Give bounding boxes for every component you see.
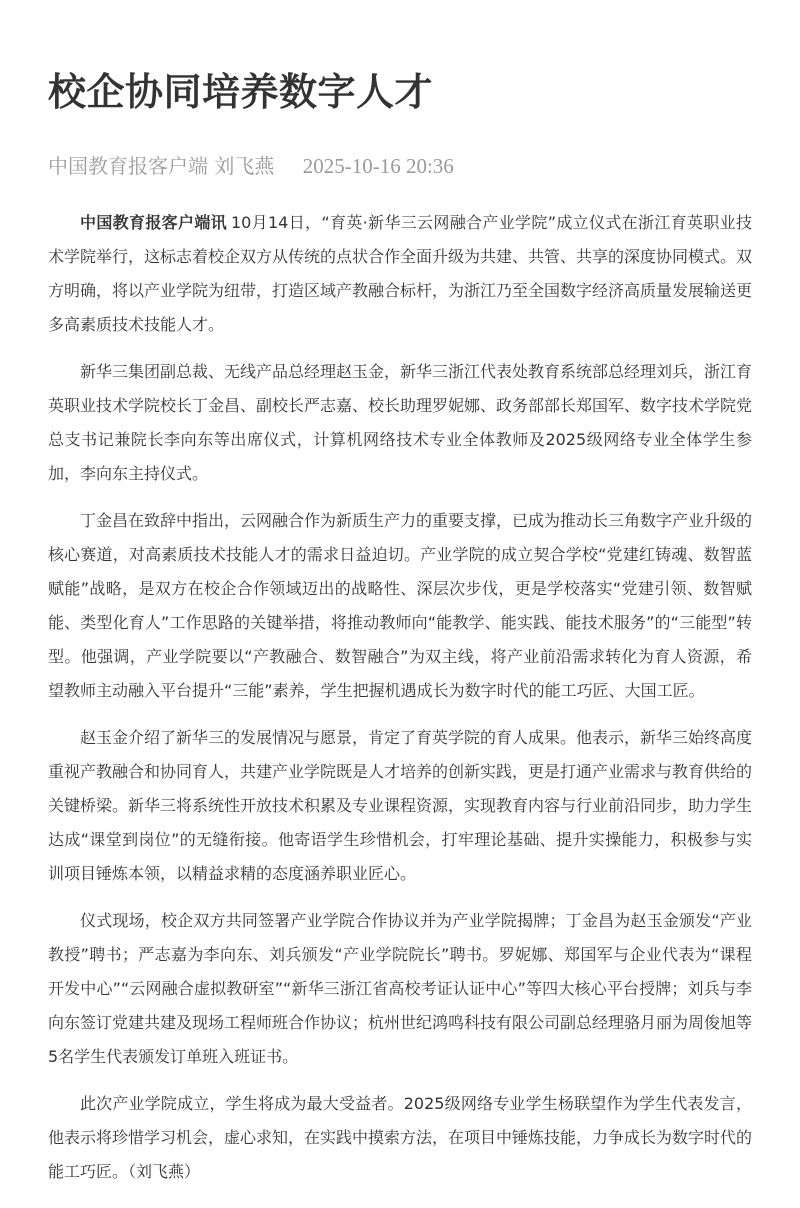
paragraph-3: 丁金昌在致辞中指出，云网融合作为新质生产力的重要支撑，已成为推动长三角数字产业升…	[48, 504, 752, 708]
paragraph-5: 仪式现场，校企双方共同签署产业学院合作协议并为产业学院揭牌；丁金昌为赵玉金颁发“…	[48, 904, 752, 1074]
article-meta: 中国教育报客户端 刘飞燕 2025-10-16 20:36	[48, 152, 752, 180]
lead-dateline: 中国教育报客户端讯	[80, 213, 227, 232]
article-source-author: 中国教育报客户端 刘飞燕	[48, 154, 274, 178]
paragraph-4: 赵玉金介绍了新华三的发展情况与愿景，肯定了育英学院的育人成果。他表示，新华三始终…	[48, 721, 752, 891]
paragraph-6: 此次产业学院成立，学生将成为最大受益者。2025级网络专业学生杨联望作为学生代表…	[48, 1087, 752, 1189]
article-title: 校企协同培养数字人才	[48, 0, 752, 118]
paragraph-2: 新华三集团副总裁、无线产品总经理赵玉金，新华三浙江代表处教育系统部总经理刘兵，浙…	[48, 355, 752, 491]
article: 校企协同培养数字人才 中国教育报客户端 刘飞燕 2025-10-16 20:36…	[0, 0, 800, 1189]
article-publish-date: 2025-10-16 20:36	[303, 154, 454, 178]
paragraph-1: 中国教育报客户端讯10月14日，“育英·新华三云网融合产业学院”成立仪式在浙江育…	[48, 206, 752, 342]
article-body: 中国教育报客户端讯10月14日，“育英·新华三云网融合产业学院”成立仪式在浙江育…	[48, 206, 752, 1189]
